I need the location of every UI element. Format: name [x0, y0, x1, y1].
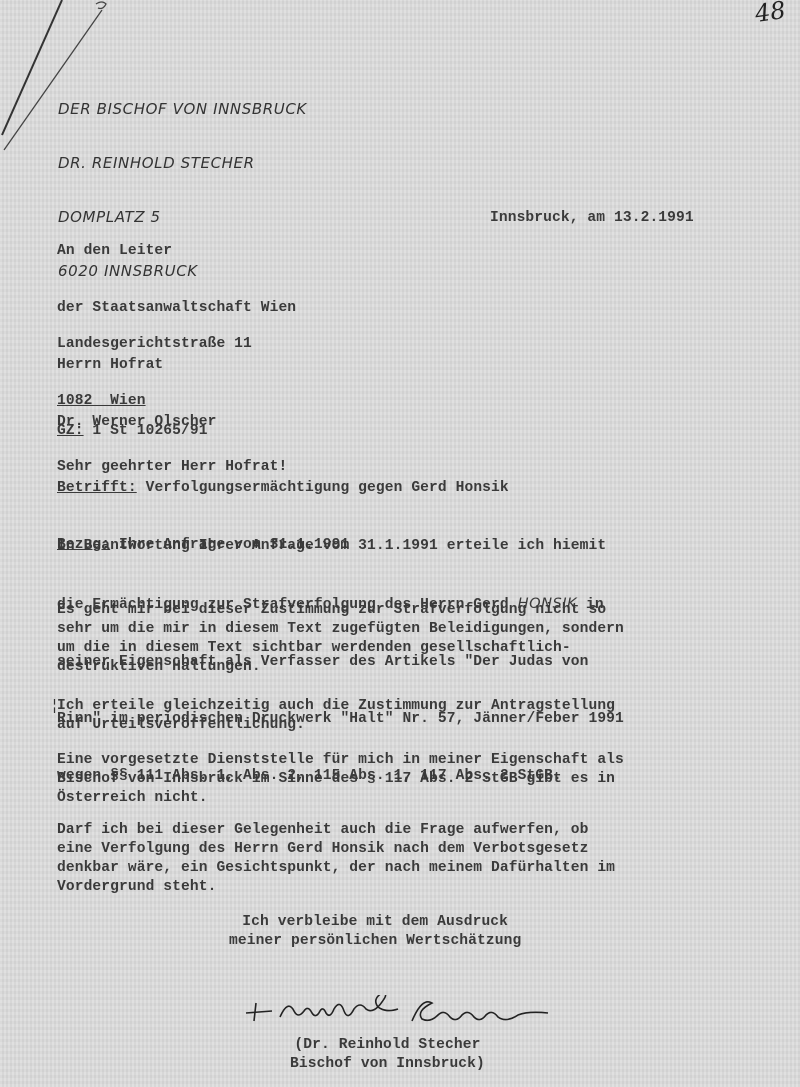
printed-signature: (Dr. Reinhold Stecher Bischof von Innsbr… — [290, 1036, 485, 1074]
recipient-line: An den Leiter — [57, 242, 296, 261]
recipient-street: Landesgerichtstraße 11 — [57, 335, 252, 354]
closing-formula: Ich verbleibe mit dem Ausdruck meiner pe… — [229, 913, 521, 951]
page-number: 48 — [753, 0, 787, 28]
subject-label: Betrifft: — [57, 480, 137, 496]
gz-label: GZ: — [57, 423, 84, 439]
paragraph-motivation: Es geht mir bei dieser Zustimmung zur St… — [57, 601, 624, 677]
subject-line: Betrifft: Verfolgungsermächtigung gegen … — [57, 479, 509, 498]
letter-page: 48 DER BISCHOF VON INNSBRUCK DR. REINHOL… — [0, 0, 800, 1087]
gz-line: GZ: 1 St 10265/91 — [57, 422, 509, 441]
paragraph-publication: Ich erteile gleichzeitig auch die Zustim… — [57, 697, 615, 735]
salutation: Sehr geehrter Herr Hofrat! — [57, 458, 287, 477]
paragraph-line: In Beantwortung Ihrer Anfrage vom 31.1.1… — [57, 537, 624, 556]
handwritten-signature: + Reinhold Stecher — [242, 995, 602, 1029]
gz-value: 1 St 10265/91 — [84, 423, 208, 439]
subject-value: Verfolgungsermächtigung gegen Gerd Honsi… — [137, 480, 509, 496]
letter-date: Innsbruck, am 13.2.1991 — [490, 209, 694, 228]
sender-line: DER BISCHOF VON INNSBRUCK — [58, 100, 307, 118]
paragraph-question: Darf ich bei dieser Gelegenheit auch die… — [57, 821, 615, 897]
paragraph-superior-office: Eine vorgesetzte Dienststelle für mich i… — [57, 751, 624, 808]
sender-line: DR. REINHOLD STECHER — [58, 154, 307, 172]
